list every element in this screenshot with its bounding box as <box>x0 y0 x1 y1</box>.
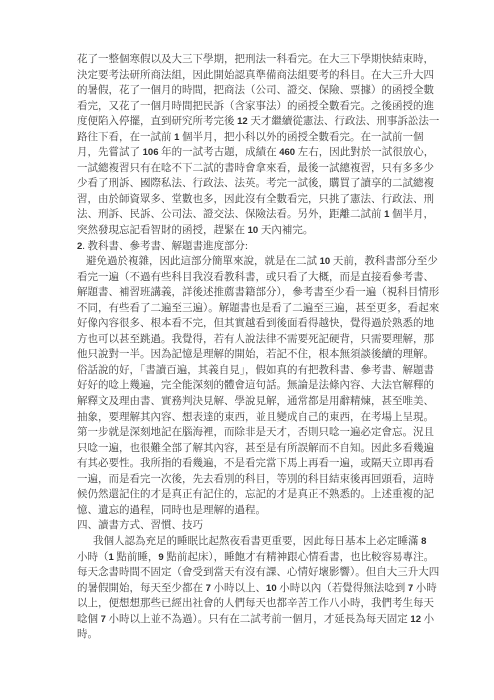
text-line: 突然發現忘記看智財的函授，趕緊在 10 天內補完。 <box>77 223 427 239</box>
number-text: 9 <box>158 552 163 563</box>
text-line: 的暑假，花了一個月的時間，把商法（公司、證交、保險、票據）的函授全數 <box>77 83 427 99</box>
number-text: 12 <box>410 614 421 625</box>
document-text-block: 花了一整個寒假以及大三下學期，把刑法一科看完。在大三下學期快結束時，決定要考法研… <box>77 52 427 643</box>
text-line: 習，由於師資眾多、堂數也多，因此沒有全數看完，只挑了憲法、行政法、刑 <box>77 192 427 208</box>
number-text: 7 <box>206 583 211 594</box>
text-line: 四、讀書方式、習慣、技巧 <box>77 518 427 534</box>
number-text: 106 <box>143 147 159 158</box>
number-text: 1 <box>174 132 179 143</box>
text-line: 路往下看，在一試前 1 個半月，把小科以外的函授全數看完。在一試前一個 <box>77 130 427 146</box>
text-line: 花了一整個寒假以及大三下學期，把刑法一科看完。在大三下學期快結束時， <box>77 52 427 68</box>
text-line: 他只說對一半。因為記憶是理解的開始，若記不住，根本無須談後續的理解。 <box>77 347 427 363</box>
text-line: 月，先嘗試了 106 年的一試考古題，成績在 460 左右，因此對於一試很放心， <box>77 145 427 161</box>
number-text: 1 <box>384 209 389 220</box>
text-line: 只唸一遍，也很難全部了解其內容，甚至是有所誤解而不自知。因此多看幾遍 <box>77 441 427 457</box>
text-line: 俗話說的好，「書讀百遍，其義自見」，假如真的有把教科書、參考書、解題書 <box>77 363 427 379</box>
text-line: 方也可以甚至跳過。我覺得，若有人說法律不需要死記硬背，只需要理解，那 <box>77 332 427 348</box>
number-text: 1 <box>109 552 114 563</box>
text-line: 度便陷入停擺，直到研究所考完後 12 天才繼續從憲法、行政法、刑事訴訟法一 <box>77 114 427 130</box>
text-line: 抽象，要理解其內容、想表達的東西，並且變成自己的東西，在考場上呈現。 <box>77 410 427 426</box>
text-line: 憶、遺忘的過程，同時也是理解的過程。 <box>77 503 427 519</box>
number-text: 10 <box>320 256 331 267</box>
text-line: 第一步就是深刻地記在腦海裡，而除非是天才，否則只唸一遍必定會忘。況且 <box>77 425 427 441</box>
text-line: 看完，又花了一個月時間把民訴（含家事法）的函授全數看完。之後函授的進 <box>77 99 427 115</box>
text-line: 候仍然還記住的才是真正有記住的，忘記的才是真正不熟悉的。上述重複的記 <box>77 487 427 503</box>
text-line: 少看了刑訴、國際私法、行政法、法英。考完一試後，購買了讀享的二試總複 <box>77 176 427 192</box>
text-line: 法、刑訴、民訴、公司法、證交法、保險法看。另外，距離二試前 1 個半月， <box>77 207 427 223</box>
text-line: 時。 <box>77 627 427 643</box>
text-line: 有其必要性。我所指的看幾遍，不是看完當下馬上再看一遍，或隔天立即再看 <box>77 456 427 472</box>
text-line: 好像內容很多、根本看不完，但其實越看到後面看得越快，覺得過於熟悉的地 <box>77 316 427 332</box>
number-text: 12 <box>237 116 248 127</box>
text-line: 的暑假開始，每天至少都在 7 小時以上、10 小時以內（若覺得無法唸到 7 小時 <box>77 581 427 597</box>
text-line: 小時（1 點前睡，9 點前起床），睡飽才有精神跟心情看書，也比較容易專注。 <box>77 550 427 566</box>
number-text: 10 <box>266 583 277 594</box>
number-text: 10 <box>248 225 259 236</box>
number-text: 8 <box>421 536 426 547</box>
text-line: 每天念書時間不固定（會受到當天有沒有課、心情好壞影響）。但自大三升大四 <box>77 565 427 581</box>
text-line: 看完一遍（不過有些科目我沒看教科書，或只看了大概，而是直接看參考書、 <box>77 270 427 286</box>
text-line: 決定要考法研所商法組，因此開始認真準備商法組要考的科目。在大三升大四 <box>77 68 427 84</box>
text-line: 一試總複習只有在唸不下二試的書時會拿來看，最後一試總複習，只有多多少 <box>77 161 427 177</box>
text-line: 2. 教科書、參考書、解題書進度部分: <box>77 239 427 255</box>
text-line: 一遍，而是看完一次後，先去看別的科目，等別的科目結束後再回頭看，這時 <box>77 472 427 488</box>
document-page: 花了一整個寒假以及大三下學期，把刑法一科看完。在大三下學期快結束時，決定要考法研… <box>0 0 494 700</box>
text-line: 不同，有些看了二遍至三遍）。解題書也是看了二遍至三遍，甚至更多，看起來 <box>77 301 427 317</box>
text-line: 避免過於複雜，因此這部分簡單來說，就是在二試 10 天前，教科書部分至少 <box>77 254 427 270</box>
number-text: 7 <box>408 583 413 594</box>
text-line: 唸個 7 小時以上並不為過）。只有在二試考前一個月，才延長為每天固定 12 小 <box>77 612 427 628</box>
number-text: 2 <box>77 241 82 252</box>
text-line: 以上，便想想那些已經出社會的人們每天也都辛苦工作八小時，我們考生每天 <box>77 596 427 612</box>
text-line: 解題書、補習班講義，詳後述推薦書籍部分），參考書至少看一遍（視科目情形 <box>77 285 427 301</box>
number-text: 7 <box>101 614 106 625</box>
text-line: 我個人認為充足的睡眠比起熬夜看書更重要，因此每日基本上必定睡滿 8 <box>77 534 427 550</box>
text-line: 好好的唸上幾遍，完全能深刻的體會這句話。無論是法條內容、大法官解釋的 <box>77 378 427 394</box>
text-line: 解釋文及理由書、實務判決見解、學說見解，通常都是用辭精煉，甚至唯美、 <box>77 394 427 410</box>
number-text: 460 <box>279 147 295 158</box>
